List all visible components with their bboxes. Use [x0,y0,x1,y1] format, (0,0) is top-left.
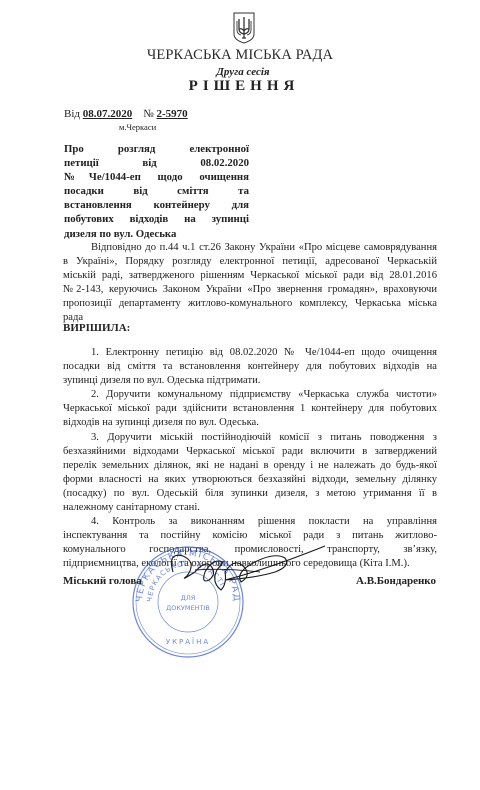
subject-line: посадки від сміття та [64,184,249,198]
signatory-name: А.В.Бондаренко [356,575,436,587]
text-line: Черкаської міської ради здійснити встано… [63,402,437,416]
council-name: ЧЕРКАСЬКА МІСЬКА РАДА [0,47,480,64]
decision-subject: Про розгляд електронної петиції від 08.0… [64,142,249,241]
text-line: форми власності на яких утворюються безх… [63,473,437,487]
resolution-item-2: 2. Доручити комунальному підприємству «Ч… [63,388,437,430]
text-line: в Україні», Порядку розгляду електронної… [63,255,437,269]
subject-line: побутових відходів на зупинці [64,212,249,226]
text-line: 2. Доручити комунальному підприємству «Ч… [63,388,437,402]
text-line: зупинці дизеля по вул. Одеська підтримат… [63,374,437,388]
text-line: Відповідно до п.44 ч.1 ст.26 Закону Укра… [63,241,437,255]
subject-line: встановлення контейнеру для [64,198,249,212]
text-line: №2-143, керуючись Законом України «Про з… [63,283,437,297]
session-label: Друга сесія [0,66,480,78]
resolved-heading: ВИРІШИЛА: [63,322,130,334]
text-line: посадки від сміття та встановлення конте… [63,360,437,374]
text-line: відходів на зупинці дизеля по вул. Одесь… [63,416,437,430]
decision-date: 08.07.2020 [83,108,133,120]
preamble-paragraph: Відповідно до п.44 ч.1 ст.26 Закону Укра… [63,241,437,326]
svg-text:УКРАЇНА: УКРАЇНА [166,637,210,646]
decision-number: 2-5970 [157,108,188,120]
document-page: ЧЕРКАСЬКА МІСЬКА РАДА Друга сесія РІШЕНН… [0,0,480,790]
resolution-item-3: 3. Доручити міській постійнодіючій коміс… [63,431,437,516]
city-label: м.Черкаси [119,122,156,132]
date-prefix: Від [64,108,80,120]
text-line: 3. Доручити міській постійнодіючій коміс… [63,431,437,445]
trident-emblem-icon [232,12,256,44]
text-line: безхазяйними відходами Черкаської місько… [63,445,437,459]
text-line: 1. Електронну петицію від 08.02.2020 № Ч… [63,346,437,360]
subject-line: петиції від 08.02.2020 [64,156,249,170]
signatory-position: Міський голова [63,575,142,587]
resolution-item-1: 1. Електронну петицію від 08.02.2020 № Ч… [63,346,437,388]
svg-text:ДОКУМЕНТІВ: ДОКУМЕНТІВ [166,604,210,612]
subject-line: №Че/1044-еп щодо очищення [64,170,249,184]
text-line: перелік земельних ділянок, які не надані… [63,459,437,473]
document-title: РІШЕННЯ [0,78,480,95]
subject-line: дизеля по вул. Одеська [64,227,249,241]
subject-line: Про розгляд електронної [64,142,249,156]
date-number-line: Від 08.07.2020 № 2-5970 [64,108,188,120]
text-line: (посадку) по вул. Одеській біля зупинки … [63,487,437,501]
text-line: пропозиції департаменту житлово-комуналь… [63,297,437,311]
handwritten-signature [165,542,330,602]
text-line: 4. Контроль за виконанням рішення поклас… [63,515,437,529]
text-line: належному санітарному стані. [63,501,437,515]
number-prefix: № [143,108,154,120]
resolution-items: 1. Електронну петицію від 08.02.2020 № Ч… [63,346,437,572]
text-line: міській раді, затвердженого рішенням Чер… [63,269,437,283]
